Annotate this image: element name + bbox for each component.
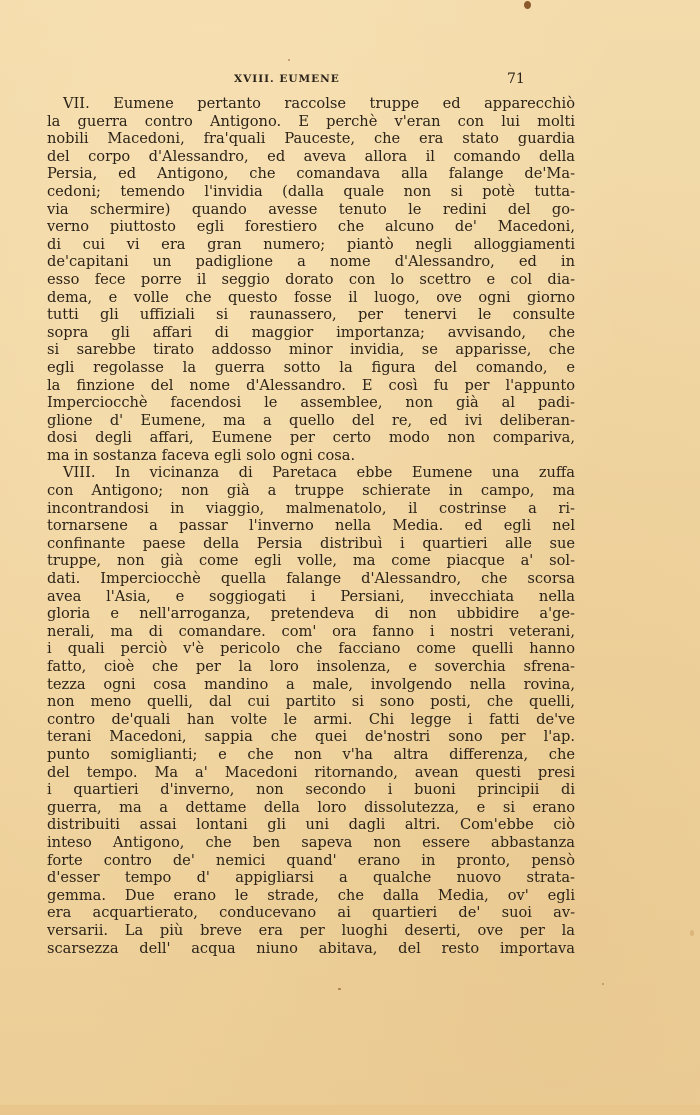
text-line: la finzione del nome d'Alessandro. E cos… — [47, 377, 575, 395]
text-line: guerra, ma a dettame della loro dissolut… — [47, 799, 575, 817]
text-line: contro de'quali han volte le armi. Chi l… — [47, 711, 575, 729]
text-line: nobili Macedoni, fra'quali Pauceste, che… — [47, 130, 575, 148]
text-line: Imperciocchè facendosi le assemblee, non… — [47, 394, 575, 412]
text-line: dema, e volle che questo fosse il luogo,… — [47, 289, 575, 307]
text-line: glione d' Eumene, ma a quello del re, ed… — [47, 412, 575, 430]
text-line: si sarebbe tirato addosso minor invidia,… — [47, 341, 575, 359]
text-line: del corpo d'Alessandro, ed aveva allora … — [47, 148, 575, 166]
text-line: Persia, ed Antigono, che comandava alla … — [47, 165, 575, 183]
text-line: via schermire) quando avesse tenuto le r… — [47, 201, 575, 219]
text-line: de'capitani un padiglione a nome d'Aless… — [47, 253, 575, 271]
text-line: forte contro de' nemici quand' erano in … — [47, 852, 575, 870]
text-line: cedoni; temendo l'invidia (dalla quale n… — [47, 183, 575, 201]
text-line: era acquartierato, conducevano ai quarti… — [47, 904, 575, 922]
text-line: esso fece porre il seggio dorato con lo … — [47, 271, 575, 289]
text-line: d'esser tempo d' appigliarsi a qualche n… — [47, 869, 575, 887]
paper-speck — [288, 59, 290, 61]
text-line: inteso Antigono, che ben sapeva non esse… — [47, 834, 575, 852]
text-line: confinante paese della Persia distribuì … — [47, 535, 575, 553]
text-line: la guerra contro Antigono. E perchè v'er… — [47, 113, 575, 131]
text-line: versarii. La più breve era per luoghi de… — [47, 922, 575, 940]
text-line: tutti gli uffiziali si raunassero, per t… — [47, 306, 575, 324]
page-number: 71 — [507, 71, 525, 87]
paragraph-vii: VII. Eumene pertanto raccolse truppe ed … — [47, 95, 575, 464]
text-line: distribuiti assai lontani gli uni dagli … — [47, 816, 575, 834]
text-line: nerali, ma di comandare. com' ora fanno … — [47, 623, 575, 641]
paper-speck — [690, 930, 694, 936]
paper-speck — [338, 988, 341, 990]
text-line: non meno quelli, dal cui partito si sono… — [47, 693, 575, 711]
text-line: verno piuttosto egli forestiero che alcu… — [47, 218, 575, 236]
page-bottom-edge — [0, 1105, 700, 1115]
text-line: incontrandosi in viaggio, malmenatolo, i… — [47, 500, 575, 518]
text-line: dati. Imperciocchè quella falange d'Ales… — [47, 570, 575, 588]
text-line: i quartieri d'inverno, non secondo i buo… — [47, 781, 575, 799]
paper-stain — [524, 1, 531, 9]
text-line: dosi degli affari, Eumene per certo modo… — [47, 429, 575, 447]
chapter-title: XVIII. EUMENE — [234, 73, 340, 85]
text-line: avea l'Asia, e soggiogati i Persiani, in… — [47, 588, 575, 606]
text-line: con Antigono; non già a truppe schierate… — [47, 482, 575, 500]
text-line: tornarsene a passar l'inverno nella Medi… — [47, 517, 575, 535]
text-line: VII. Eumene pertanto raccolse truppe ed … — [47, 95, 575, 113]
text-line: truppe, non già come egli volle, ma come… — [47, 552, 575, 570]
text-line: punto somiglianti; e che non v'ha altra … — [47, 746, 575, 764]
body-text: VII. Eumene pertanto raccolse truppe ed … — [47, 95, 575, 957]
paper-speck — [602, 983, 604, 985]
text-line: egli regolasse la guerra sotto la figura… — [47, 359, 575, 377]
text-line: gloria e nell'arroganza, pretendeva di n… — [47, 605, 575, 623]
text-line: ma in sostanza faceva egli solo ogni cos… — [47, 447, 575, 465]
text-line: tezza ogni cosa mandino a male, involgen… — [47, 676, 575, 694]
text-line: sopra gli affari di maggior importanza; … — [47, 324, 575, 342]
text-line: gemma. Due erano le strade, che dalla Me… — [47, 887, 575, 905]
running-head: XVIII. EUMENE 71 — [47, 73, 575, 91]
paragraph-viii: VIII. In vicinanza di Paretaca ebbe Eume… — [47, 464, 575, 957]
text-line: VIII. In vicinanza di Paretaca ebbe Eume… — [47, 464, 575, 482]
text-line: fatto, cioè che per la loro insolenza, e… — [47, 658, 575, 676]
text-line: terani Macedoni, sappia che quei de'nost… — [47, 728, 575, 746]
text-line: di cui vi era gran numero; piantò negli … — [47, 236, 575, 254]
text-line: del tempo. Ma a' Macedoni ritornando, av… — [47, 764, 575, 782]
text-line: i quali perciò v'è pericolo che facciano… — [47, 640, 575, 658]
text-line: scarsezza dell' acqua niuno abitava, del… — [47, 940, 575, 958]
